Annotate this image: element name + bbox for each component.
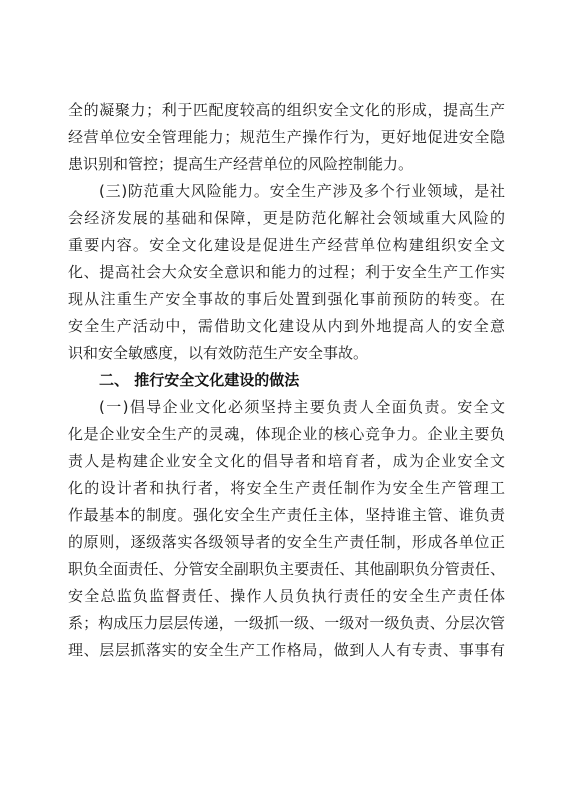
text-line: 会经济发展的基础和保障，更是防范化解社会领域重大风险的 [68,205,505,232]
text-line: 患识别和管控；提高生产经营单位的风险控制能力。 [68,151,505,178]
paragraph: 全的凝聚力；利于匹配度较高的组织安全文化的形成，提高生产 经营单位安全管理能力；… [68,97,505,178]
text-line: 理、层层抓落实的安全生产工作格局，做到人人有专责、事事有 [68,637,505,664]
text-line: 的原则，逐级落实各级领导者的安全生产责任制，形成各单位正 [68,529,505,556]
text-line: 安全总监负监督责任、操作人员负执行责任的安全生产责任体 [68,583,505,610]
text-line: 全的凝聚力；利于匹配度较高的组织安全文化的形成，提高生产 [68,97,505,124]
text-line: 现从注重生产安全事故的事后处置到强化事前预防的转变。在 [68,286,505,313]
section-heading: 二、 推行安全文化建设的做法 [68,367,505,394]
text-line: 化、提高社会大众安全意识和能力的过程；利于安全生产工作实 [68,259,505,286]
text-line: 责人是构建企业安全文化的倡导者和培育者，成为企业安全文 [68,448,505,475]
text-line: (一)倡导企业文化必须坚持主要负责人全面负责。安全文 [68,394,505,421]
text-line: 安全生产活动中，需借助文化建设从内到外地提高人的安全意 [68,313,505,340]
text-line: 经营单位安全管理能力；规范生产操作行为，更好地促进安全隐 [68,124,505,151]
text-line: 化是企业安全生产的灵魂，体现企业的核心竞争力。企业主要负 [68,421,505,448]
document-page: 全的凝聚力；利于匹配度较高的组织安全文化的形成，提高生产 经营单位安全管理能力；… [0,0,570,807]
text-line: 作最基本的制度。强化安全生产责任主体，坚持谁主管、谁负责 [68,502,505,529]
text-line: 系；构成压力层层传递，一级抓一级、一级对一级负责、分层次管 [68,610,505,637]
text-line: 职负全面责任、分管安全副职负主要责任、其他副职负分管责任、 [68,556,505,583]
text-block: 全的凝聚力；利于匹配度较高的组织安全文化的形成，提高生产 经营单位安全管理能力；… [68,97,505,664]
paragraph: (三)防范重大风险能力。安全生产涉及多个行业领域，是社 会经济发展的基础和保障，… [68,178,505,367]
text-line: 识和安全敏感度，以有效防范生产安全事故。 [68,340,505,367]
text-line: 重要内容。安全文化建设是促进生产经营单位构建组织安全文 [68,232,505,259]
text-line: (三)防范重大风险能力。安全生产涉及多个行业领域，是社 [68,178,505,205]
text-line: 化的设计者和执行者，将安全生产责任制作为安全生产管理工 [68,475,505,502]
paragraph: (一)倡导企业文化必须坚持主要负责人全面负责。安全文 化是企业安全生产的灵魂，体… [68,394,505,664]
